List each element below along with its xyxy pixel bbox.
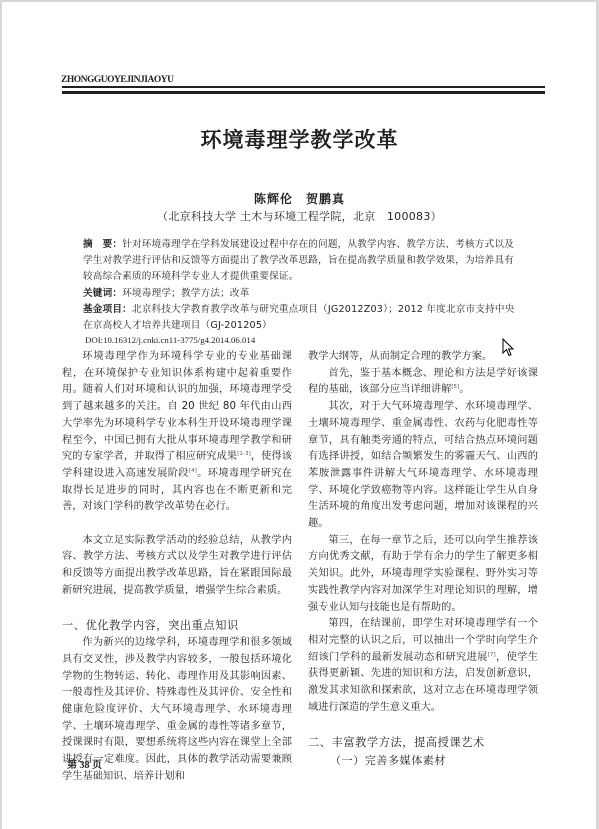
- paragraph-first: 首先，鉴于基本概念、理论和方法是学好该课程的基础，该部分应当详细讲解[5]。: [308, 366, 538, 399]
- text: 。: [459, 384, 469, 395]
- fund-label: 基金项目：: [83, 304, 132, 315]
- paragraph-fourth: 第四，在结课前，即学生对环境毒理学有一个相对完整的认识之后，可以抽出一个学时向学…: [308, 616, 538, 716]
- header-rule-thin: [62, 86, 545, 88]
- paragraph-second: 其次，对于大气环境毒理学、水环境毒理学、土壤环境毒理学、重金属毒性、农药与化肥毒…: [308, 399, 538, 533]
- header-rule-thick: [62, 91, 545, 94]
- keywords-label: 关键词：: [83, 288, 122, 299]
- author-affiliation: （北京科技大学 土木与环境工程学院，北京 100083）: [0, 208, 599, 224]
- article-title: 环境毒理学教学改革: [0, 124, 599, 154]
- section-heading-1: 一、优化教学内容，突出重点知识: [62, 616, 292, 635]
- spacer: [62, 600, 292, 617]
- abstract-label: 摘 要：: [83, 239, 122, 250]
- article-authors: 陈辉伦 贺鹏真: [0, 190, 599, 207]
- citation: [7]: [488, 652, 496, 658]
- spacer: [62, 516, 292, 533]
- journal-running-head: ZHONGGUOYEJINJIAOYU: [61, 75, 173, 85]
- fund-text: 北京科技大学教育教学改革与研究重点项目（JG2012Z03）；2012 年度北京…: [83, 304, 515, 331]
- keywords-text: 环境毒理学；教学方法；改革: [122, 288, 249, 299]
- abstract: 摘 要：针对环境毒理学在学科发展建设过程中存在的问题，从教学内容、教学方法、考核…: [83, 237, 519, 286]
- citation: [4]: [189, 468, 197, 474]
- mouse-pointer-icon: [502, 338, 514, 357]
- article-metadata: 摘 要：针对环境毒理学在学科发展建设过程中存在的问题，从教学内容、教学方法、考核…: [83, 237, 519, 334]
- doi: DOI:10.16312/j.cnki.cn11-3775/g4.2014.06…: [85, 335, 255, 345]
- text: 环境毒理学作为环境科学专业的专业基础课程，在环境保护专业知识体系构建中起着重要作…: [62, 351, 292, 462]
- paragraph-purpose: 本文立足实际教学活动的经验总结，从教学内容、教学方法、考核方式以及学生对教学进行…: [62, 533, 292, 600]
- subsection-heading: （一）完善多媒体素材: [308, 752, 538, 769]
- keywords: 关键词：环境毒理学；教学方法；改革: [83, 286, 519, 302]
- text: 首先，鉴于基本概念、理论和方法是学好该课程的基础，该部分应当详细讲解: [308, 368, 538, 396]
- paragraph-intro: 环境毒理学作为环境科学专业的专业基础课程，在环境保护专业知识体系构建中起着重要作…: [62, 349, 292, 516]
- right-column: 教学大纲等，从而制定合理的教学方案。 首先，鉴于基本概念、理论和方法是学好该课程…: [308, 349, 538, 769]
- citation: [1-3]: [237, 451, 251, 457]
- spacer: [308, 716, 538, 733]
- section-heading-2: 二、丰富教学方法，提高授课艺术: [308, 733, 538, 752]
- fund-info: 基金项目：北京科技大学教育教学改革与研究重点项目（JG2012Z03）；2012…: [83, 302, 519, 334]
- paragraph-third: 第三，在每一章节之后，还可以向学生推荐该方向优秀文献，有助于学有余力的学生了解更…: [308, 533, 538, 617]
- left-column: 环境毒理学作为环境科学专业的专业基础课程，在环境保护专业知识体系构建中起着重要作…: [62, 349, 292, 786]
- abstract-text: 针对环境毒理学在学科发展建设过程中存在的问题，从教学内容、教学方法、考核方式以及…: [83, 239, 514, 282]
- page-number: 第 38 页: [67, 756, 102, 771]
